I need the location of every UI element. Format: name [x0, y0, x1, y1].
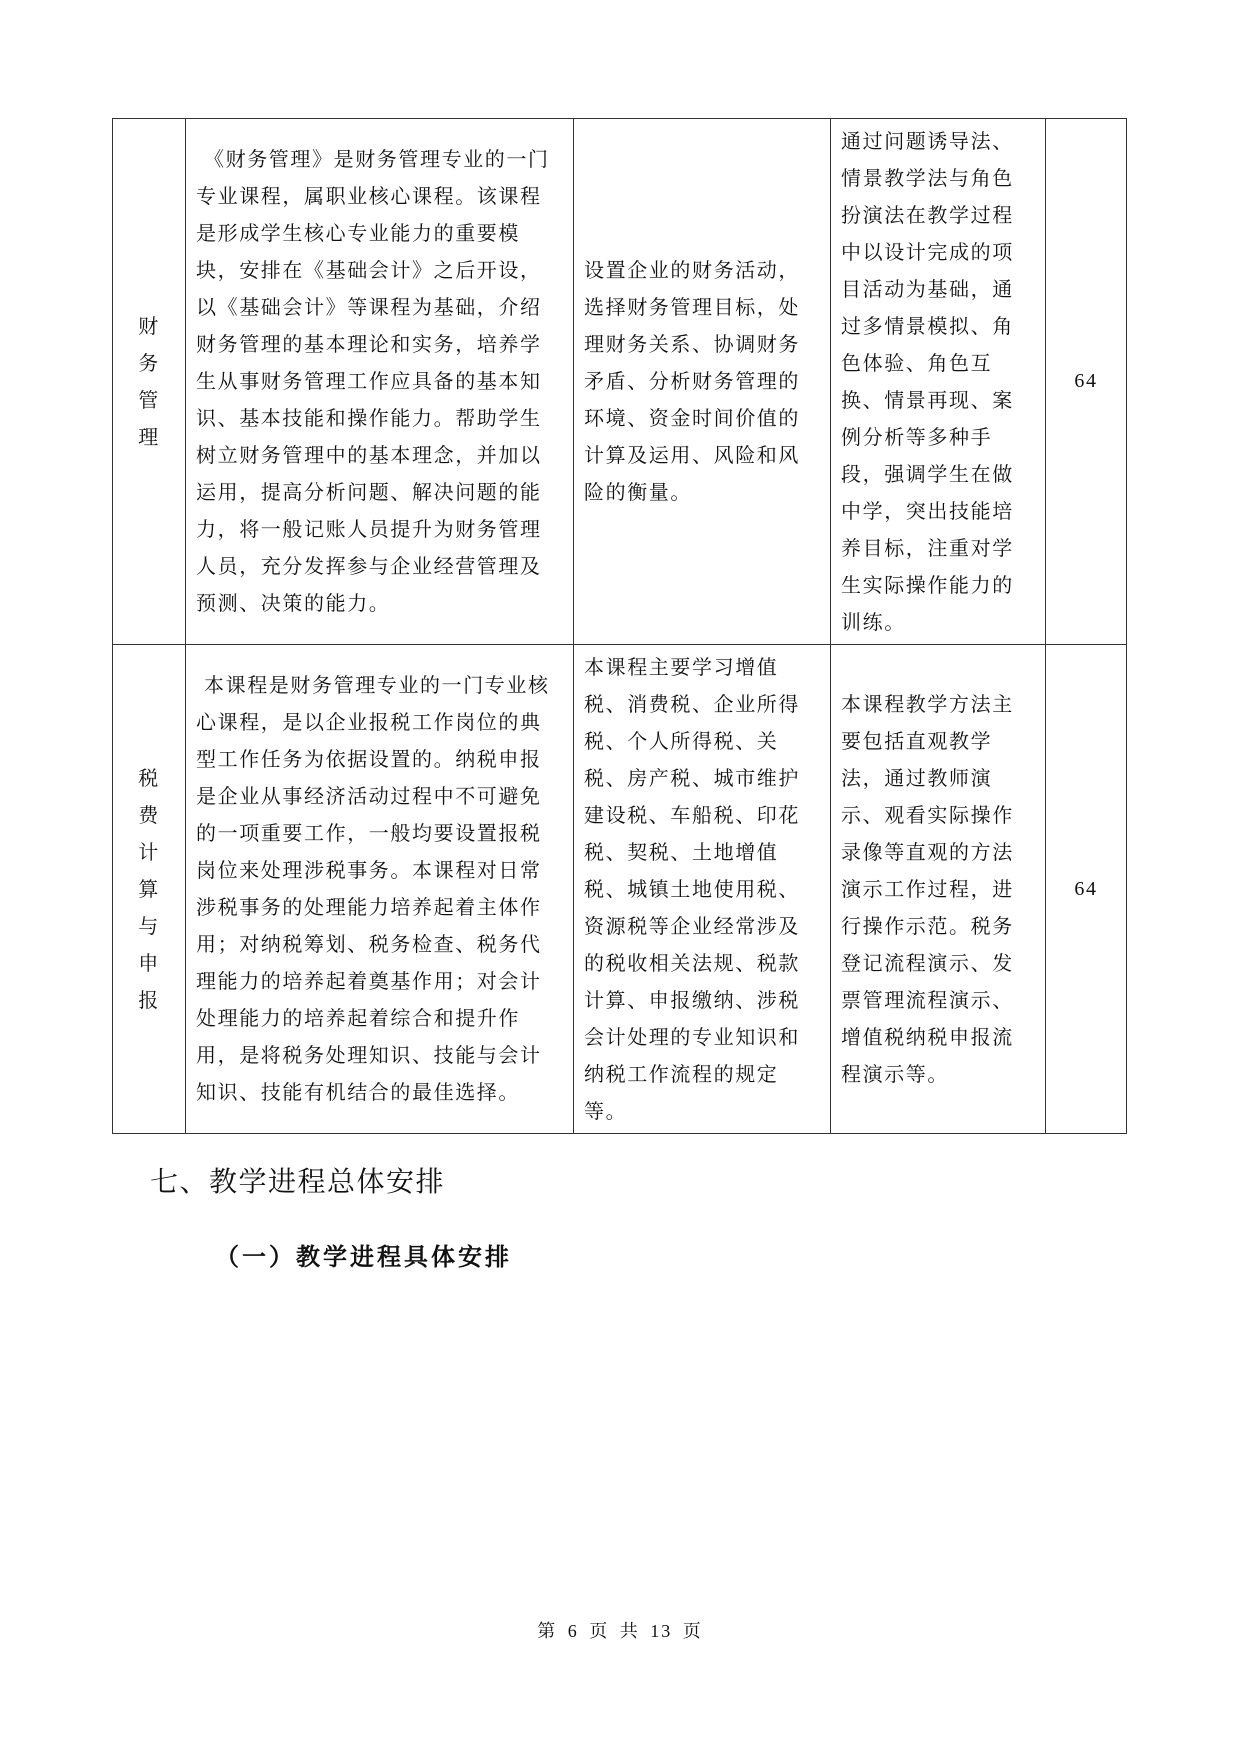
table-row: 税费计算与申报 本课程是财务管理专业的一门专业核心课程，是以企业报税工作岗位的典…: [113, 645, 1127, 1134]
course-name-cell: 财务管理: [113, 119, 186, 645]
course-name: 税费计算与申报: [137, 760, 161, 1019]
teaching-method-cell: 通过问题诱导法、情景教学法与角色扮演法在教学过程中以设计完成的项目活动为基础，通…: [831, 119, 1046, 645]
course-description-cell: 本课程是财务管理专业的一门专业核心课程，是以企业报税工作岗位的典型工作任务为依据…: [186, 645, 574, 1134]
course-content-cell: 设置企业的财务活动，选择财务管理目标，处理财务关系、协调财务矛盾、分析财务管理的…: [574, 119, 831, 645]
course-hours: 64: [1074, 370, 1097, 392]
table-row: 财务管理 《财务管理》是财务管理专业的一门专业课程，属职业核心课程。该课程是形成…: [113, 119, 1127, 645]
course-table: 财务管理 《财务管理》是财务管理专业的一门专业课程，属职业核心课程。该课程是形成…: [112, 118, 1127, 1134]
section-subheading: （一）教学进程具体安排: [215, 1237, 512, 1272]
teaching-method: 通过问题诱导法、情景教学法与角色扮演法在教学过程中以设计完成的项目活动为基础，通…: [841, 123, 1035, 641]
course-content: 设置企业的财务活动，选择财务管理目标，处理财务关系、协调财务矛盾、分析财务管理的…: [584, 252, 820, 511]
course-description-cell: 《财务管理》是财务管理专业的一门专业课程，属职业核心课程。该课程是形成学生核心专…: [186, 119, 574, 645]
course-description: 本课程是财务管理专业的一门专业核心课程，是以企业报税工作岗位的典型工作任务为依据…: [196, 667, 563, 1111]
course-hours-cell: 64: [1046, 645, 1127, 1134]
course-content: 本课程主要学习增值税、消费税、企业所得税、个人所得税、关税、房产税、城市维护建设…: [584, 649, 820, 1130]
course-hours: 64: [1074, 878, 1097, 900]
page-number: 第 6 页 共 13 页: [0, 1617, 1240, 1643]
section-heading: 七、教学进程总体安排: [150, 1160, 445, 1200]
course-content-cell: 本课程主要学习增值税、消费税、企业所得税、个人所得税、关税、房产税、城市维护建设…: [574, 645, 831, 1134]
document-page: 财务管理 《财务管理》是财务管理专业的一门专业课程，属职业核心课程。该课程是形成…: [0, 0, 1240, 1754]
teaching-method-cell: 本课程教学方法主要包括直观教学法，通过教师演示、观看实际操作录像等直观的方法演示…: [831, 645, 1046, 1134]
course-description: 《财务管理》是财务管理专业的一门专业课程，属职业核心课程。该课程是形成学生核心专…: [196, 141, 563, 622]
course-hours-cell: 64: [1046, 119, 1127, 645]
teaching-method: 本课程教学方法主要包括直观教学法，通过教师演示、观看实际操作录像等直观的方法演示…: [841, 686, 1035, 1093]
course-name-cell: 税费计算与申报: [113, 645, 186, 1134]
course-name: 财务管理: [137, 308, 161, 456]
